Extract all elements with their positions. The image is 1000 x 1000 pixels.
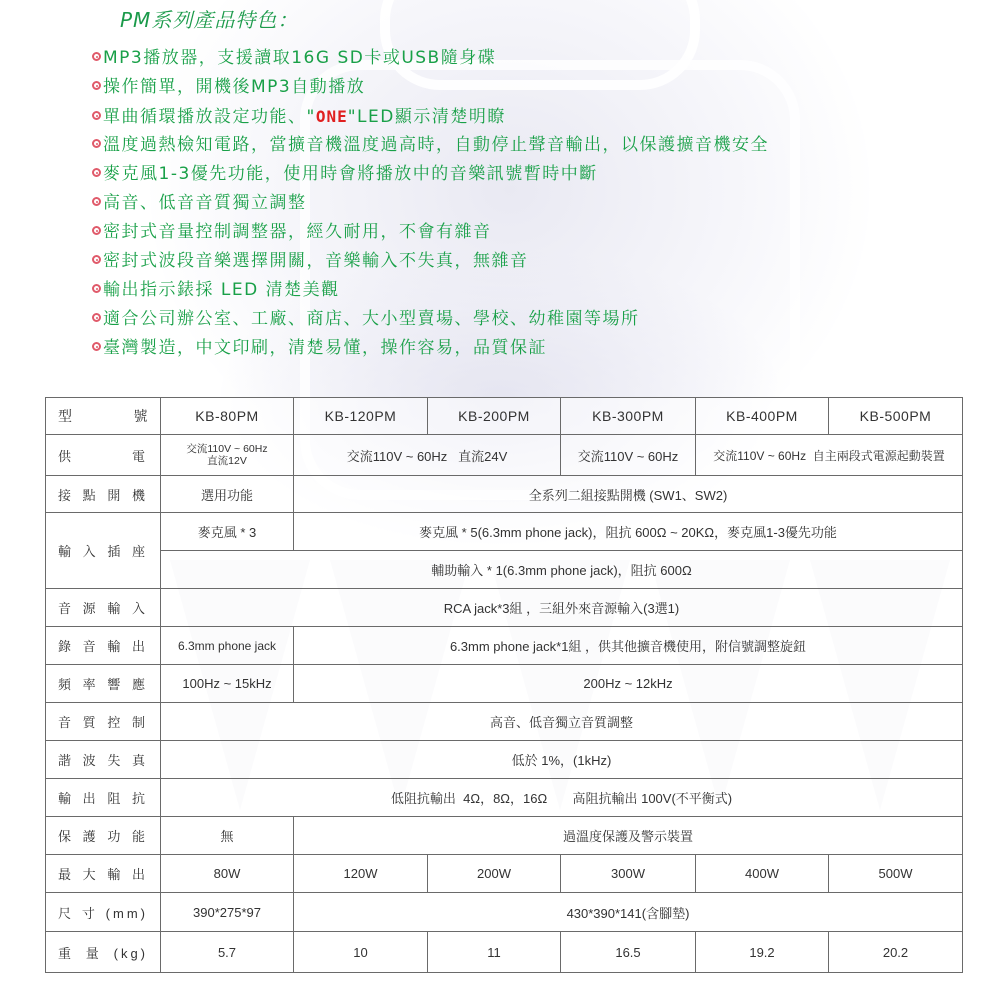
- row-rec-out: 錄音輸出 6.3mm phone jack 6.3mm phone jack*1…: [46, 627, 963, 665]
- row-tone: 音質控制 高音、低音獨立音質調整: [46, 703, 963, 741]
- row-power: 供電 交流110V ~ 60Hz直流12V 交流110V ~ 60Hz 直流24…: [46, 435, 963, 476]
- bullet-icon: [92, 168, 101, 177]
- model-kb200: KB-200PM: [428, 398, 561, 435]
- row-thd: 諧波失真 低於 1%，(1kHz): [46, 741, 963, 779]
- bullet-icon: [92, 197, 101, 206]
- bullet-icon: [92, 226, 101, 235]
- input-mic-others: 麥克風 * 5(6.3mm phone jack)，阻抗 600Ω ~ 20KΩ…: [294, 513, 963, 551]
- label-source: 音源輸入: [46, 589, 161, 627]
- model-kb120: KB-120PM: [294, 398, 428, 435]
- thd-value: 低於 1%，(1kHz): [161, 741, 963, 779]
- spec-table: 型號 KB-80PM KB-120PM KB-200PM KB-300PM KB…: [45, 397, 963, 973]
- max-output-kb80: 80W: [161, 855, 294, 893]
- feature-item: 麥克風1-3優先功能，使用時會將播放中的音樂訊號暫時中斷: [92, 160, 769, 189]
- model-kb400: KB-400PM: [696, 398, 829, 435]
- input-mic-kb80: 麥克風 * 3: [161, 513, 294, 551]
- feature-item: 高音、低音音質獨立調整: [92, 189, 769, 218]
- bullet-icon: [92, 342, 101, 351]
- bullet-icon: [92, 313, 101, 322]
- bullet-icon: [92, 52, 101, 61]
- row-max-output: 最大輸出 80W 120W 200W 300W 400W 500W: [46, 855, 963, 893]
- feature-item: 溫度過熱檢知電路，當擴音機溫度過高時，自動停止聲音輸出，以保護擴音機安全: [92, 131, 769, 160]
- bullet-icon: [92, 284, 101, 293]
- bullet-icon: [92, 111, 101, 120]
- label-size: 尺寸(mm): [46, 893, 161, 932]
- feature-item: 臺灣製造，中文印刷，清楚易懂，操作容易，品質保証: [92, 334, 769, 363]
- led-display-one: ONE: [316, 107, 348, 126]
- feature-item: 密封式音量控制調整器，經久耐用，不會有雜音: [92, 218, 769, 247]
- weight-kb300: 16.5: [561, 932, 696, 973]
- label-max-output: 最大輸出: [46, 855, 161, 893]
- size-others: 430*390*141(含腳墊): [294, 893, 963, 932]
- feature-item: MP3播放器，支援讀取16G SD卡或USB隨身碟: [92, 44, 769, 73]
- contact-kb80: 選用功能: [161, 476, 294, 513]
- bullet-icon: [92, 81, 101, 90]
- weight-kb400: 19.2: [696, 932, 829, 973]
- power-kb400-500: 交流110V ~ 60Hz 自主兩段式電源起動裝置: [696, 435, 963, 476]
- power-kb80: 交流110V ~ 60Hz直流12V: [161, 435, 294, 476]
- label-model: 型號: [46, 398, 161, 435]
- weight-kb120: 10: [294, 932, 428, 973]
- section-title: PM系列產品特色：: [120, 4, 298, 33]
- feature-item: 單曲循環播放設定功能、"ONE"LED顯示清楚明瞭: [92, 102, 769, 131]
- freq-kb80: 100Hz ~ 15kHz: [161, 665, 294, 703]
- row-contact: 接點開機 選用功能 全系列二組接點開機 (SW1、SW2): [46, 476, 963, 513]
- max-output-kb400: 400W: [696, 855, 829, 893]
- row-freq: 頻率響應 100Hz ~ 15kHz 200Hz ~ 12kHz: [46, 665, 963, 703]
- bullet-icon: [92, 255, 101, 264]
- max-output-kb120: 120W: [294, 855, 428, 893]
- feature-list: MP3播放器，支援讀取16G SD卡或USB隨身碟 操作簡單，開機後MP3自動播…: [92, 44, 769, 363]
- feature-item: 輸出指示錶採 LED 清楚美觀: [92, 276, 769, 305]
- max-output-kb200: 200W: [428, 855, 561, 893]
- tone-value: 高音、低音獨立音質調整: [161, 703, 963, 741]
- max-output-kb500: 500W: [829, 855, 963, 893]
- label-impedance: 輸出阻抗: [46, 779, 161, 817]
- bullet-icon: [92, 139, 101, 148]
- rec-out-others: 6.3mm phone jack*1組 ，供其他擴音機使用，附信號調整旋鈕: [294, 627, 963, 665]
- contact-others: 全系列二組接點開機 (SW1、SW2): [294, 476, 963, 513]
- label-input: 輸入插座: [46, 513, 161, 589]
- row-model: 型號 KB-80PM KB-120PM KB-200PM KB-300PM KB…: [46, 398, 963, 435]
- label-contact: 接點開機: [46, 476, 161, 513]
- row-protection: 保護功能 無 過溫度保護及警示裝置: [46, 817, 963, 855]
- power-kb120-200: 交流110V ~ 60Hz 直流24V: [294, 435, 561, 476]
- weight-kb200: 11: [428, 932, 561, 973]
- label-thd: 諧波失真: [46, 741, 161, 779]
- power-kb300: 交流110V ~ 60Hz: [561, 435, 696, 476]
- row-impedance: 輸出阻抗 低阻抗輸出 4Ω，8Ω，16Ω 高阻抗輸出 100V(不平衡式): [46, 779, 963, 817]
- row-size: 尺寸(mm) 390*275*97 430*390*141(含腳墊): [46, 893, 963, 932]
- label-power: 供電: [46, 435, 161, 476]
- model-kb80: KB-80PM: [161, 398, 294, 435]
- impedance-value: 低阻抗輸出 4Ω，8Ω，16Ω 高阻抗輸出 100V(不平衡式): [161, 779, 963, 817]
- weight-kb80: 5.7: [161, 932, 294, 973]
- feature-item: 適合公司辦公室、工廠、商店、大小型賣場、學校、幼稚園等場所: [92, 305, 769, 334]
- model-kb300: KB-300PM: [561, 398, 696, 435]
- protection-others: 過溫度保護及警示裝置: [294, 817, 963, 855]
- label-protection: 保護功能: [46, 817, 161, 855]
- row-input-aux: 輔助輸入 * 1(6.3mm phone jack)，阻抗 600Ω: [46, 551, 963, 589]
- size-kb80: 390*275*97: [161, 893, 294, 932]
- rec-out-kb80: 6.3mm phone jack: [161, 627, 294, 665]
- label-rec-out: 錄音輸出: [46, 627, 161, 665]
- row-weight: 重量(kg) 5.7 10 11 16.5 19.2 20.2: [46, 932, 963, 973]
- input-aux: 輔助輸入 * 1(6.3mm phone jack)，阻抗 600Ω: [161, 551, 963, 589]
- max-output-kb300: 300W: [561, 855, 696, 893]
- label-tone: 音質控制: [46, 703, 161, 741]
- weight-kb500: 20.2: [829, 932, 963, 973]
- row-source: 音源輸入 RCA jack*3組 ，三組外來音源輸入(3選1): [46, 589, 963, 627]
- source-value: RCA jack*3組 ，三組外來音源輸入(3選1): [161, 589, 963, 627]
- label-freq: 頻率響應: [46, 665, 161, 703]
- model-kb500: KB-500PM: [829, 398, 963, 435]
- row-input-mic: 輸入插座 麥克風 * 3 麥克風 * 5(6.3mm phone jack)，阻…: [46, 513, 963, 551]
- feature-item: 密封式波段音樂選擇開關，音樂輸入不失真，無雜音: [92, 247, 769, 276]
- feature-item: 操作簡單，開機後MP3自動播放: [92, 73, 769, 102]
- protection-kb80: 無: [161, 817, 294, 855]
- freq-others: 200Hz ~ 12kHz: [294, 665, 963, 703]
- label-weight: 重量(kg): [46, 932, 161, 973]
